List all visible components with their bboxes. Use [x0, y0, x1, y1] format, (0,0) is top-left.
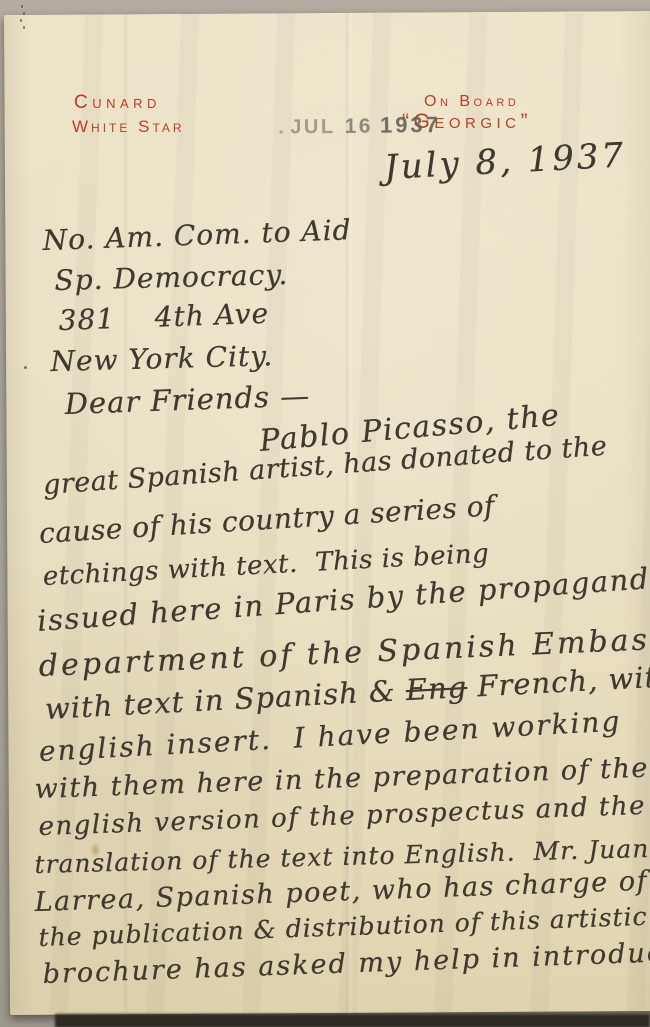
paper-speck	[23, 26, 25, 29]
paper-speck	[23, 12, 25, 15]
strikethrough-word: Eng	[405, 670, 468, 707]
letterhead-cunard-line: Cunard	[74, 92, 161, 114]
stamp-day: 16	[344, 115, 373, 138]
paper-speck	[24, 366, 27, 369]
paper-bottom-shadow	[55, 1014, 650, 1027]
address-line: New York City.	[50, 339, 274, 378]
stamp-prefix-dot: .	[278, 116, 286, 138]
photo-scene: Cunard White Star On Board “Georgic” .JU…	[0, 0, 650, 1027]
stamp-year: 1937	[380, 112, 441, 138]
paper-speck	[21, 5, 23, 8]
paper-speck	[20, 19, 22, 22]
stamp-month: JUL	[290, 116, 335, 138]
address-line: Sp. Democracy.	[54, 258, 289, 297]
letterhead-whitestar-line: White Star	[72, 117, 185, 137]
